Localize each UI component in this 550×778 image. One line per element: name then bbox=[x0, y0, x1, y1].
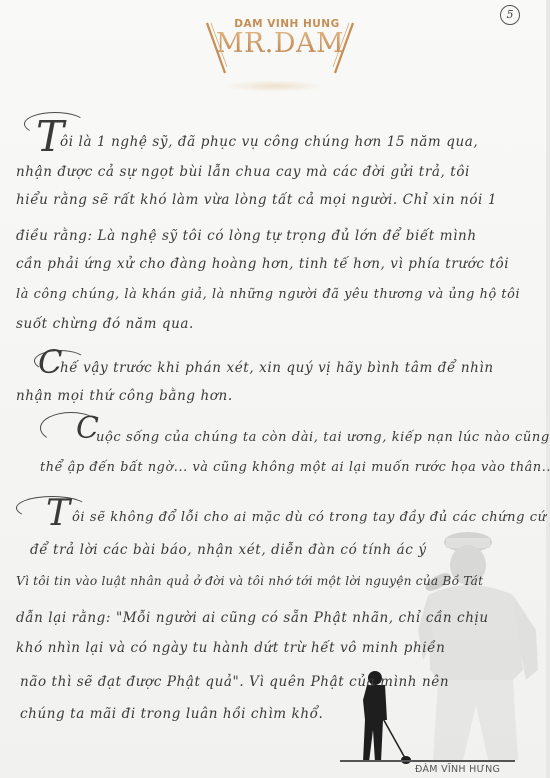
letter-line: chúng ta mãi đi trong luân hồi chìm khổ. bbox=[20, 706, 323, 722]
floor-line bbox=[340, 760, 515, 762]
logo-v-frame-icon bbox=[205, 21, 355, 76]
letter-line: cần phải ứng xử cho đàng hoàng hơn, tinh… bbox=[16, 256, 509, 272]
printed-signature: ĐÀM VĨNH HƯNG bbox=[415, 764, 500, 775]
letter-line: ôi sẽ không đổ lỗi cho ai mặc dù có tron… bbox=[72, 510, 547, 525]
dropcap: C bbox=[38, 346, 62, 378]
letter-line: để trả lời các bài báo, nhận xét, diễn đ… bbox=[30, 542, 427, 558]
letter-line: nhận mọi thứ công bằng hơn. bbox=[16, 388, 233, 404]
mr-dam-logo: DAM VINH HUNG MR.DAM bbox=[205, 18, 355, 80]
letter-line: là công chúng, là khán giả, là những ngư… bbox=[16, 287, 520, 302]
letter-line: não thì sẽ đạt được Phật quả". Vì quên P… bbox=[20, 674, 449, 690]
letter-line: uộc sống của chúng ta còn dài, tai ương,… bbox=[96, 430, 550, 445]
letter-line: hế vậy trước khi phán xét, xin quý vị hã… bbox=[60, 360, 494, 376]
logo-reflection bbox=[225, 80, 325, 92]
letter-line: suốt chừng đó năm qua. bbox=[16, 316, 194, 332]
letter-line: khó nhìn lại và có ngày tu hành dứt trừ … bbox=[16, 640, 445, 656]
letter-line: Vì tôi tin vào luật nhân quả ở đời và tô… bbox=[16, 574, 483, 588]
letter-line: nhận được cả sự ngọt bùi lẫn chua cay mà… bbox=[16, 164, 470, 180]
letter-line: thể ập đến bất ngờ... và cũng không một … bbox=[40, 460, 550, 475]
page-number: 5 bbox=[500, 5, 520, 25]
letter-line: hiểu rằng sẽ rất khó làm vừa lòng tất cả… bbox=[16, 192, 497, 208]
letter-line: điều rằng: Là nghệ sỹ tôi có lòng tự trọ… bbox=[16, 228, 477, 244]
letter-page: 5 DAM VINH HUNG MR.DAM T ôi là 1 nghệ sỹ… bbox=[0, 0, 550, 778]
dropcap: T bbox=[46, 496, 70, 532]
letter-line: dẫn lại rằng: "Mỗi người ai cũng có sẵn … bbox=[16, 610, 489, 626]
letter-line: ôi là 1 nghệ sỹ, đã phục vụ công chúng h… bbox=[60, 134, 478, 150]
